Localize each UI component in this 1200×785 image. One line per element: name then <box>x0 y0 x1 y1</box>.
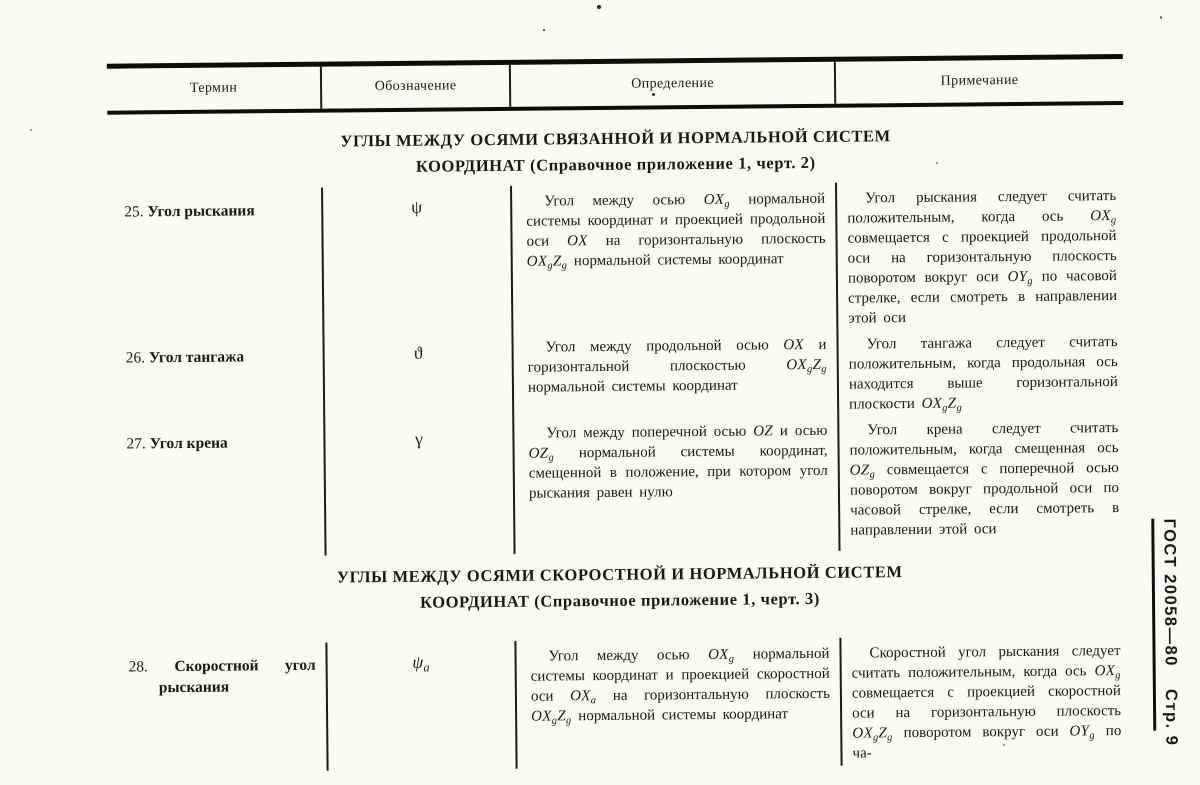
symbol-gamma: γ <box>415 429 423 449</box>
note-cell: Угол тангажа следует считать положительн… <box>836 326 1126 415</box>
symbol-cell: ϑ <box>322 332 512 420</box>
note-cell: Скоростной угол рыскания следует считать… <box>839 635 1129 766</box>
table-row-25: 25. Угол рыскания ψ Угол между осью OXg … <box>108 180 1125 336</box>
definition-text: Угол между осью OXg нормальной системы к… <box>530 644 830 727</box>
table-header-row: Термин Обозначение Определение Примечани… <box>107 54 1123 115</box>
symbol-psi: ψ <box>411 197 422 217</box>
definition-text: Угол между осью OXg нормальной системы к… <box>526 189 826 272</box>
note-cell: Угол рыскания следует считать положитель… <box>835 180 1125 329</box>
note-text: Угол тангажа следует считать положительн… <box>848 332 1118 415</box>
scan-speckle <box>543 29 545 31</box>
column-header-symbol: Обозначение <box>320 65 509 109</box>
definition-text: Угол между поперечной осью OZ и осью OZg… <box>528 421 828 504</box>
term-text: Угол рыскания <box>147 202 254 220</box>
term-cell: 27. Угол крена <box>110 420 324 558</box>
scan-speckle <box>1160 16 1162 19</box>
scan-speckle <box>652 93 655 96</box>
section-2-title: УГЛЫ МЕЖДУ ОСЯМИ СКОРОСТНОЙ И НОРМАЛЬНОЙ… <box>112 557 1128 619</box>
row-number: 27. <box>126 435 146 452</box>
term-text: Угол крена <box>150 435 228 453</box>
table-row-27: 27. Угол крена γ Угол между поперечной о… <box>110 412 1127 558</box>
term-cell: 26. Угол тангажа <box>109 334 323 422</box>
symbol-psi-a: ψa <box>412 652 430 672</box>
note-text: Скоростной угол рыскания следует считать… <box>851 641 1121 764</box>
column-header-note: Примечание <box>834 59 1123 104</box>
scan-speckle <box>936 162 938 164</box>
row-number: 25. <box>124 203 144 220</box>
term-text: Угол тангажа <box>149 348 244 366</box>
definition-cell: Угол между осью OXg нормальной системы к… <box>510 183 836 332</box>
term-cell: 25. Угол рыскания <box>108 188 322 336</box>
symbol-cell: ψa <box>325 641 515 771</box>
note-cell: Угол крена следует считать положительным… <box>837 412 1127 551</box>
definition-cell: Угол между осью OXg нормальной системы к… <box>514 638 840 769</box>
section-1-title: УГЛЫ МЕЖДУ ОСЯМИ СВЯЗАННОЙ И НОРМАЛЬНОЙ … <box>107 121 1123 183</box>
term-text: Скоростной угол рыскания <box>159 657 316 697</box>
symbol-cell: γ <box>323 418 513 556</box>
row-number: 26. <box>126 349 146 366</box>
column-header-term: Термин <box>107 67 320 111</box>
column-header-definition: Определение <box>509 62 834 107</box>
table-row-28: 28. Скоростной угол рыскания ψa Угол меж… <box>112 635 1129 773</box>
symbol-cell: ψ <box>321 186 511 334</box>
term-cell: 28. Скоростной угол рыскания <box>112 643 326 773</box>
scan-speckle <box>30 129 32 131</box>
row-number: 28. <box>129 658 149 675</box>
section-2-rows: 28. Скоростной угол рыскания ψa Угол меж… <box>112 635 1129 773</box>
page-number: Стр. 9 <box>1162 689 1181 747</box>
definition-cell: Угол между продольной осью OX и горизонт… <box>511 329 837 418</box>
note-text: Угол крена следует считать положительным… <box>849 418 1119 541</box>
section-1-rows: 25. Угол рыскания ψ Угол между осью OXg … <box>108 180 1127 558</box>
edge-stamp: ГОСТ 20058—80 Стр. 9 <box>1151 518 1180 730</box>
scanned-page: Термин Обозначение Определение Примечани… <box>0 0 1200 785</box>
definition-text: Угол между продольной осью OX и горизонт… <box>527 335 827 398</box>
scan-speckle <box>1003 744 1005 746</box>
scan-speckle <box>597 5 601 9</box>
note-text: Угол рыскания следует считать положитель… <box>847 186 1117 329</box>
definition-cell: Угол между поперечной осью OZ и осью OZg… <box>512 415 838 554</box>
table-row-26: 26. Угол тангажа ϑ Угол между продольной… <box>109 326 1126 422</box>
standard-number: ГОСТ 20058—80 <box>1160 518 1179 667</box>
symbol-theta: ϑ <box>414 343 423 363</box>
